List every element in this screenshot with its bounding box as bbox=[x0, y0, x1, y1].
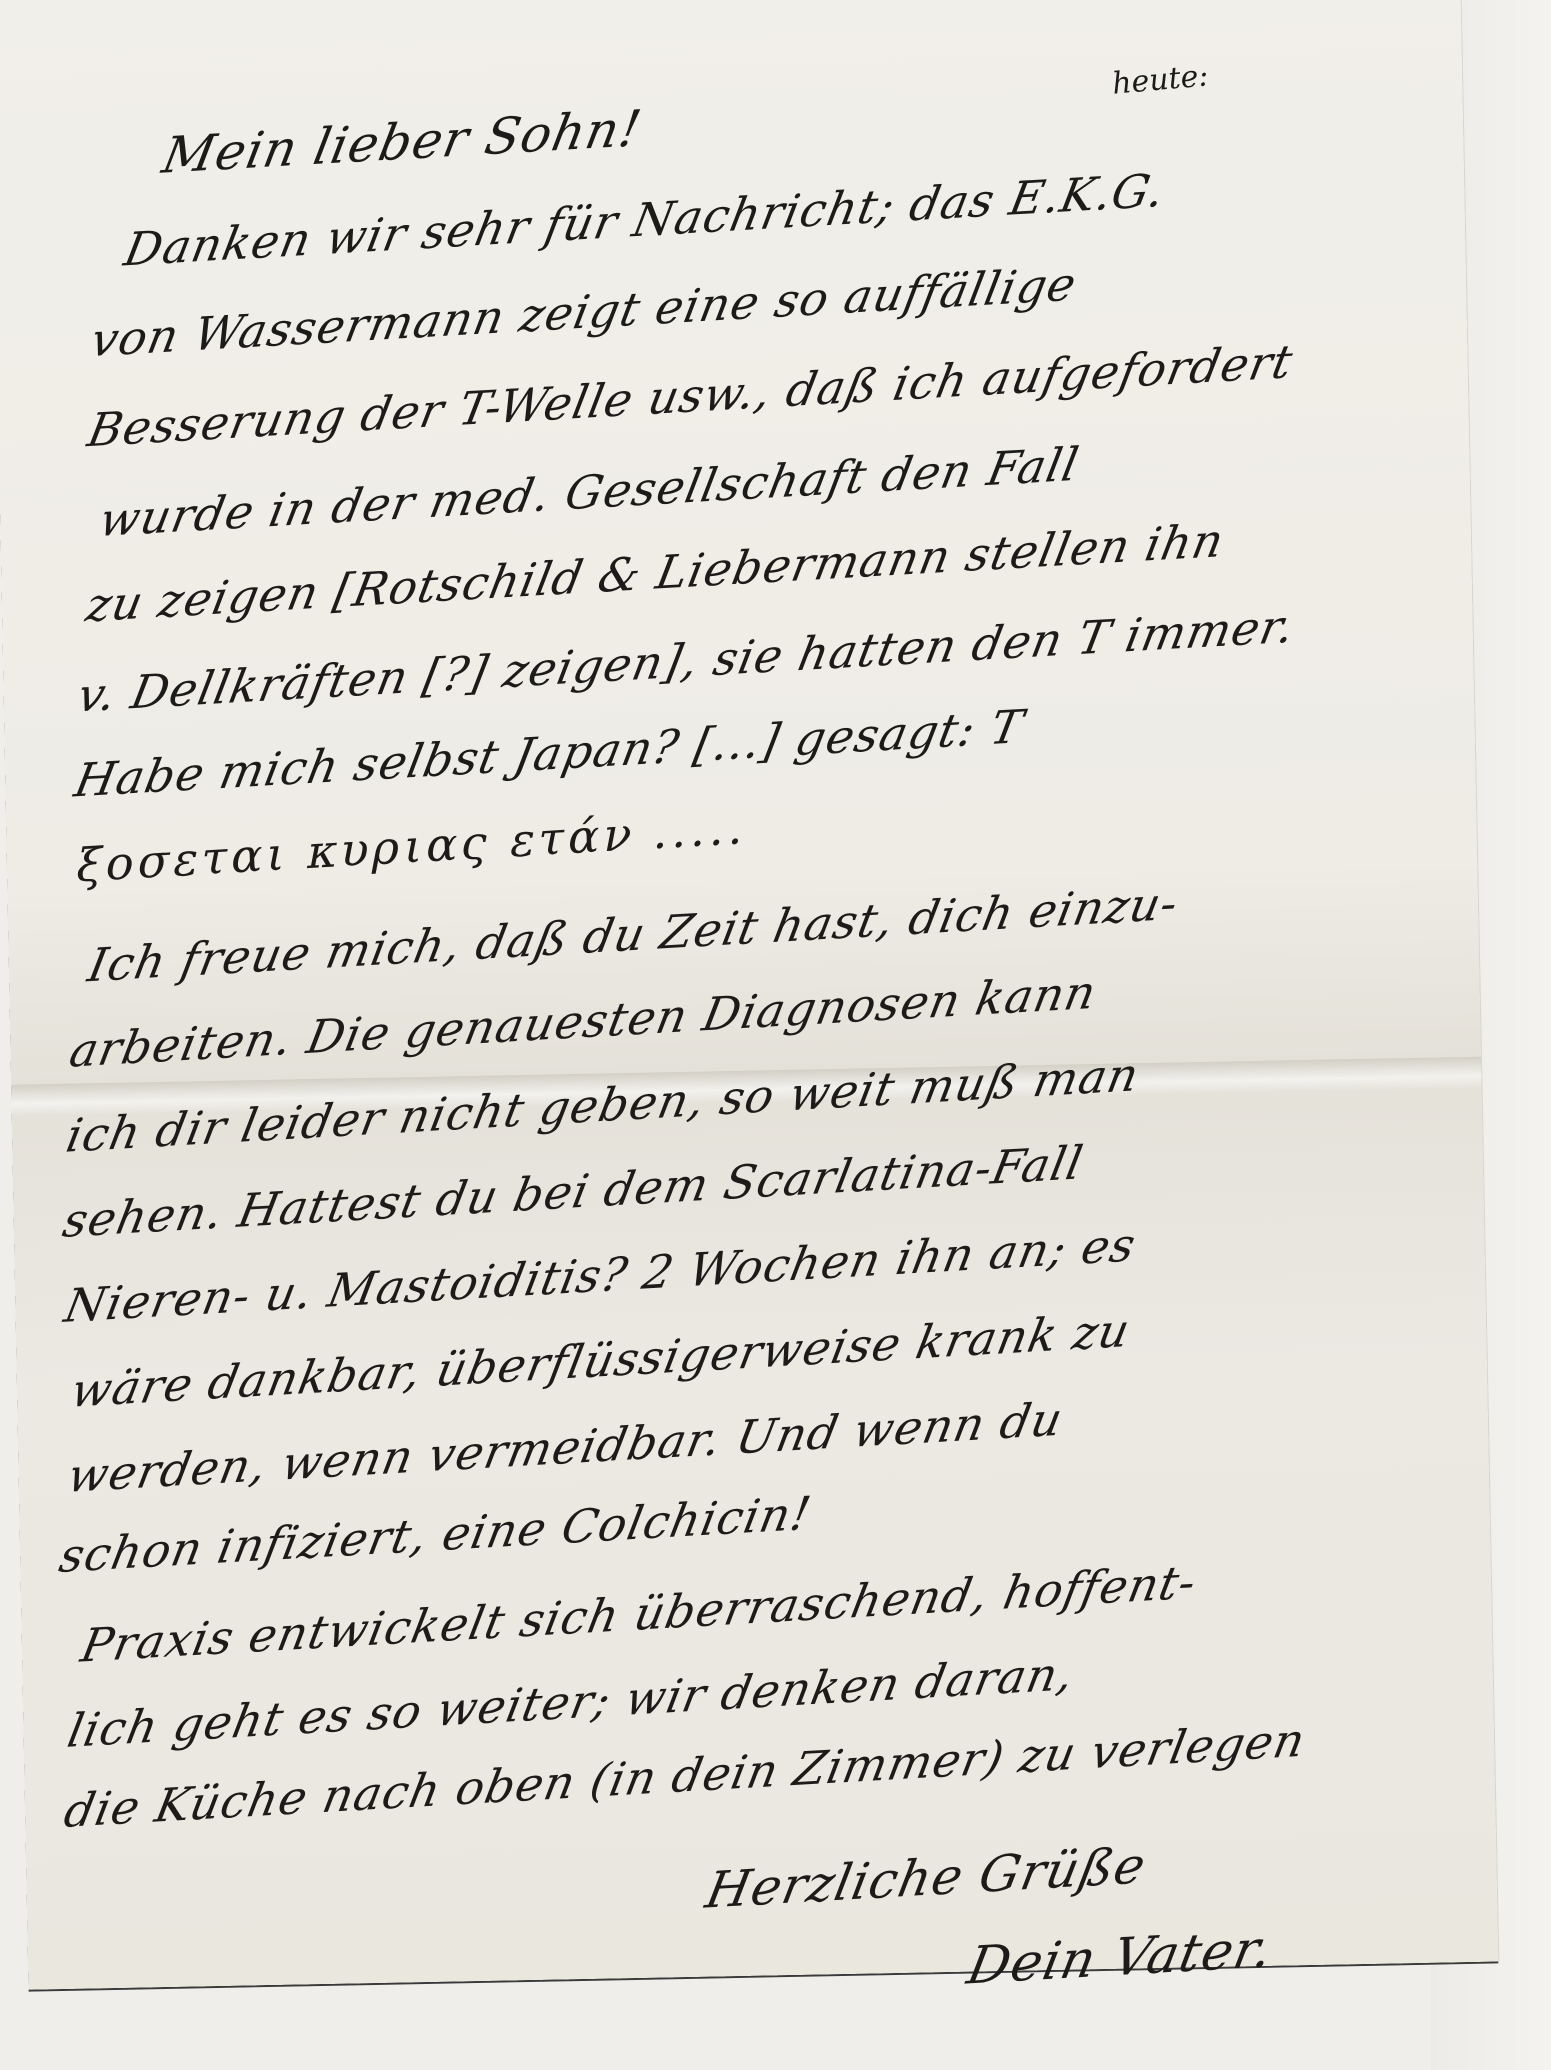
letter-sheet: Mein lieber Sohn! heute: Danken wir sehr… bbox=[0, 0, 1498, 1990]
signature: Dein Vater. bbox=[963, 1919, 1278, 1997]
salutation: Mein lieber Sohn! bbox=[158, 99, 647, 185]
letter-line-greek: ξοσεται κυριας ετάν ..... bbox=[72, 800, 754, 893]
letter-body: Mein lieber Sohn! heute: Danken wir sehr… bbox=[0, 0, 1498, 1990]
letter-line: von Wassermann zeigt eine so auffällige bbox=[87, 257, 1081, 368]
letter-line: Danken wir sehr für Nachricht; das E.K.G… bbox=[120, 163, 1170, 277]
marginal-note: heute: bbox=[1111, 58, 1210, 101]
letter-line: schon infiziert, eine Colchicin! bbox=[55, 1486, 816, 1583]
closing: Herzliche Grüße bbox=[701, 1836, 1151, 1919]
letter-line: Habe mich selbst Japan? [...] gesagt: T bbox=[70, 699, 1028, 807]
